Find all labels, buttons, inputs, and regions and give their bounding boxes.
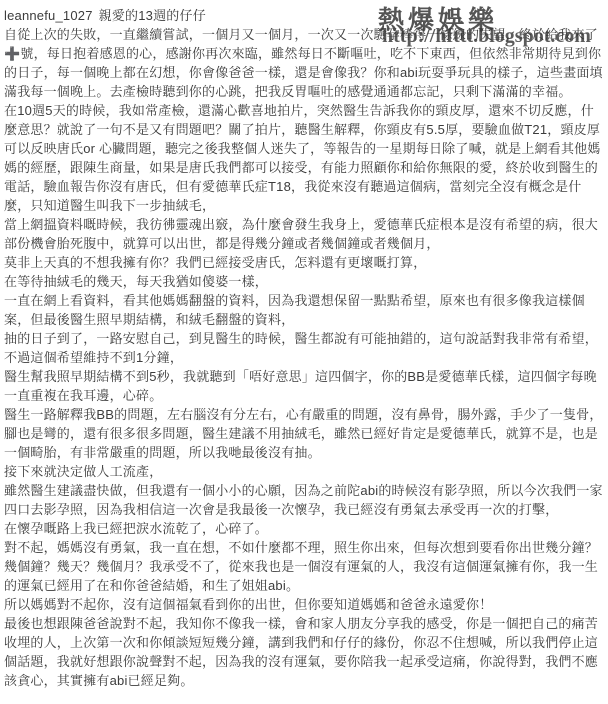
post-paragraph: 所以媽媽對不起你，沒有這個福氣看到你的出世，但你要知道媽媽和爸爸永遠愛你！ [4,595,604,614]
post-paragraph: 醫生一路解釋我BB的問題，左右腦沒有分左右，心有嚴重的問題，沒有鼻骨，腸外露，手… [4,405,604,462]
post-header: leannefu_1027親愛的13週的仔仔 [4,6,604,25]
post-paragraph: 莫非上天真的不想我擁有你？我們已經接受唐氏，怎料還有更壞嘅打算， [4,253,604,272]
post-paragraph: 一直在網上看資料，看其他媽媽翻盤的資料，因為我還想保留一點點希望，原來也有很多像… [4,291,604,329]
post-paragraph: 雖然醫生建議盡快做，但我還有一個小小的心願，因為之前陀abi的時候沒有影孕照，所… [4,481,604,519]
post-paragraph: 在10週5天的時候，我如常產檢，還滿心歡喜地拍片，突然醫生告訴我你的頸皮厚，還來… [4,101,604,215]
post-paragraph: 當上網搵資料嘅時候，我彷彿靈魂出竅，為什麼會發生我身上，愛德華氏症根本是沒有希望… [4,215,604,253]
post-title: 親愛的13週的仔仔 [99,8,206,23]
post-paragraph: 抽的日子到了，一路安慰自己，到見醫生的時候，醫生都說有可能抽錯的，這句說話對我非… [4,329,604,367]
post-paragraph: 接下來就決定做人工流產， [4,462,604,481]
post-paragraph: 最後也想跟陳爸爸說對不起，我知你不像我一樣，會和家人朋友分享我的感受，你是一個把… [4,614,604,690]
post-paragraph: 自從上次的失敗，一直繼續嘗試，一個月又一個月，一次又一次驗孕棒得一條線的失望，終… [4,25,604,101]
post-username[interactable]: leannefu_1027 [4,8,93,23]
post-paragraph: 在懷孕嘅路上我已經把淚水流乾了，心碎了。 [4,519,604,538]
post-paragraph: 醫生幫我照早期結構不到5秒，我就聽到「唔好意思」這四個字，你的BB是愛德華氏樣，… [4,367,604,405]
post-paragraph: 在等待抽絨毛的幾天，每天我猶如傻婆一樣， [4,272,604,291]
post-paragraph: 對不起，媽媽沒有勇氣，我一直在想，不如什麼都不理，照生你出來，但每次想到要看你出… [4,538,604,595]
post-body: 自從上次的失敗，一直繼續嘗試，一個月又一個月，一次又一次驗孕棒得一條線的失望，終… [4,25,604,690]
post-content: leannefu_1027親愛的13週的仔仔 自從上次的失敗，一直繼續嘗試，一個… [0,0,608,690]
